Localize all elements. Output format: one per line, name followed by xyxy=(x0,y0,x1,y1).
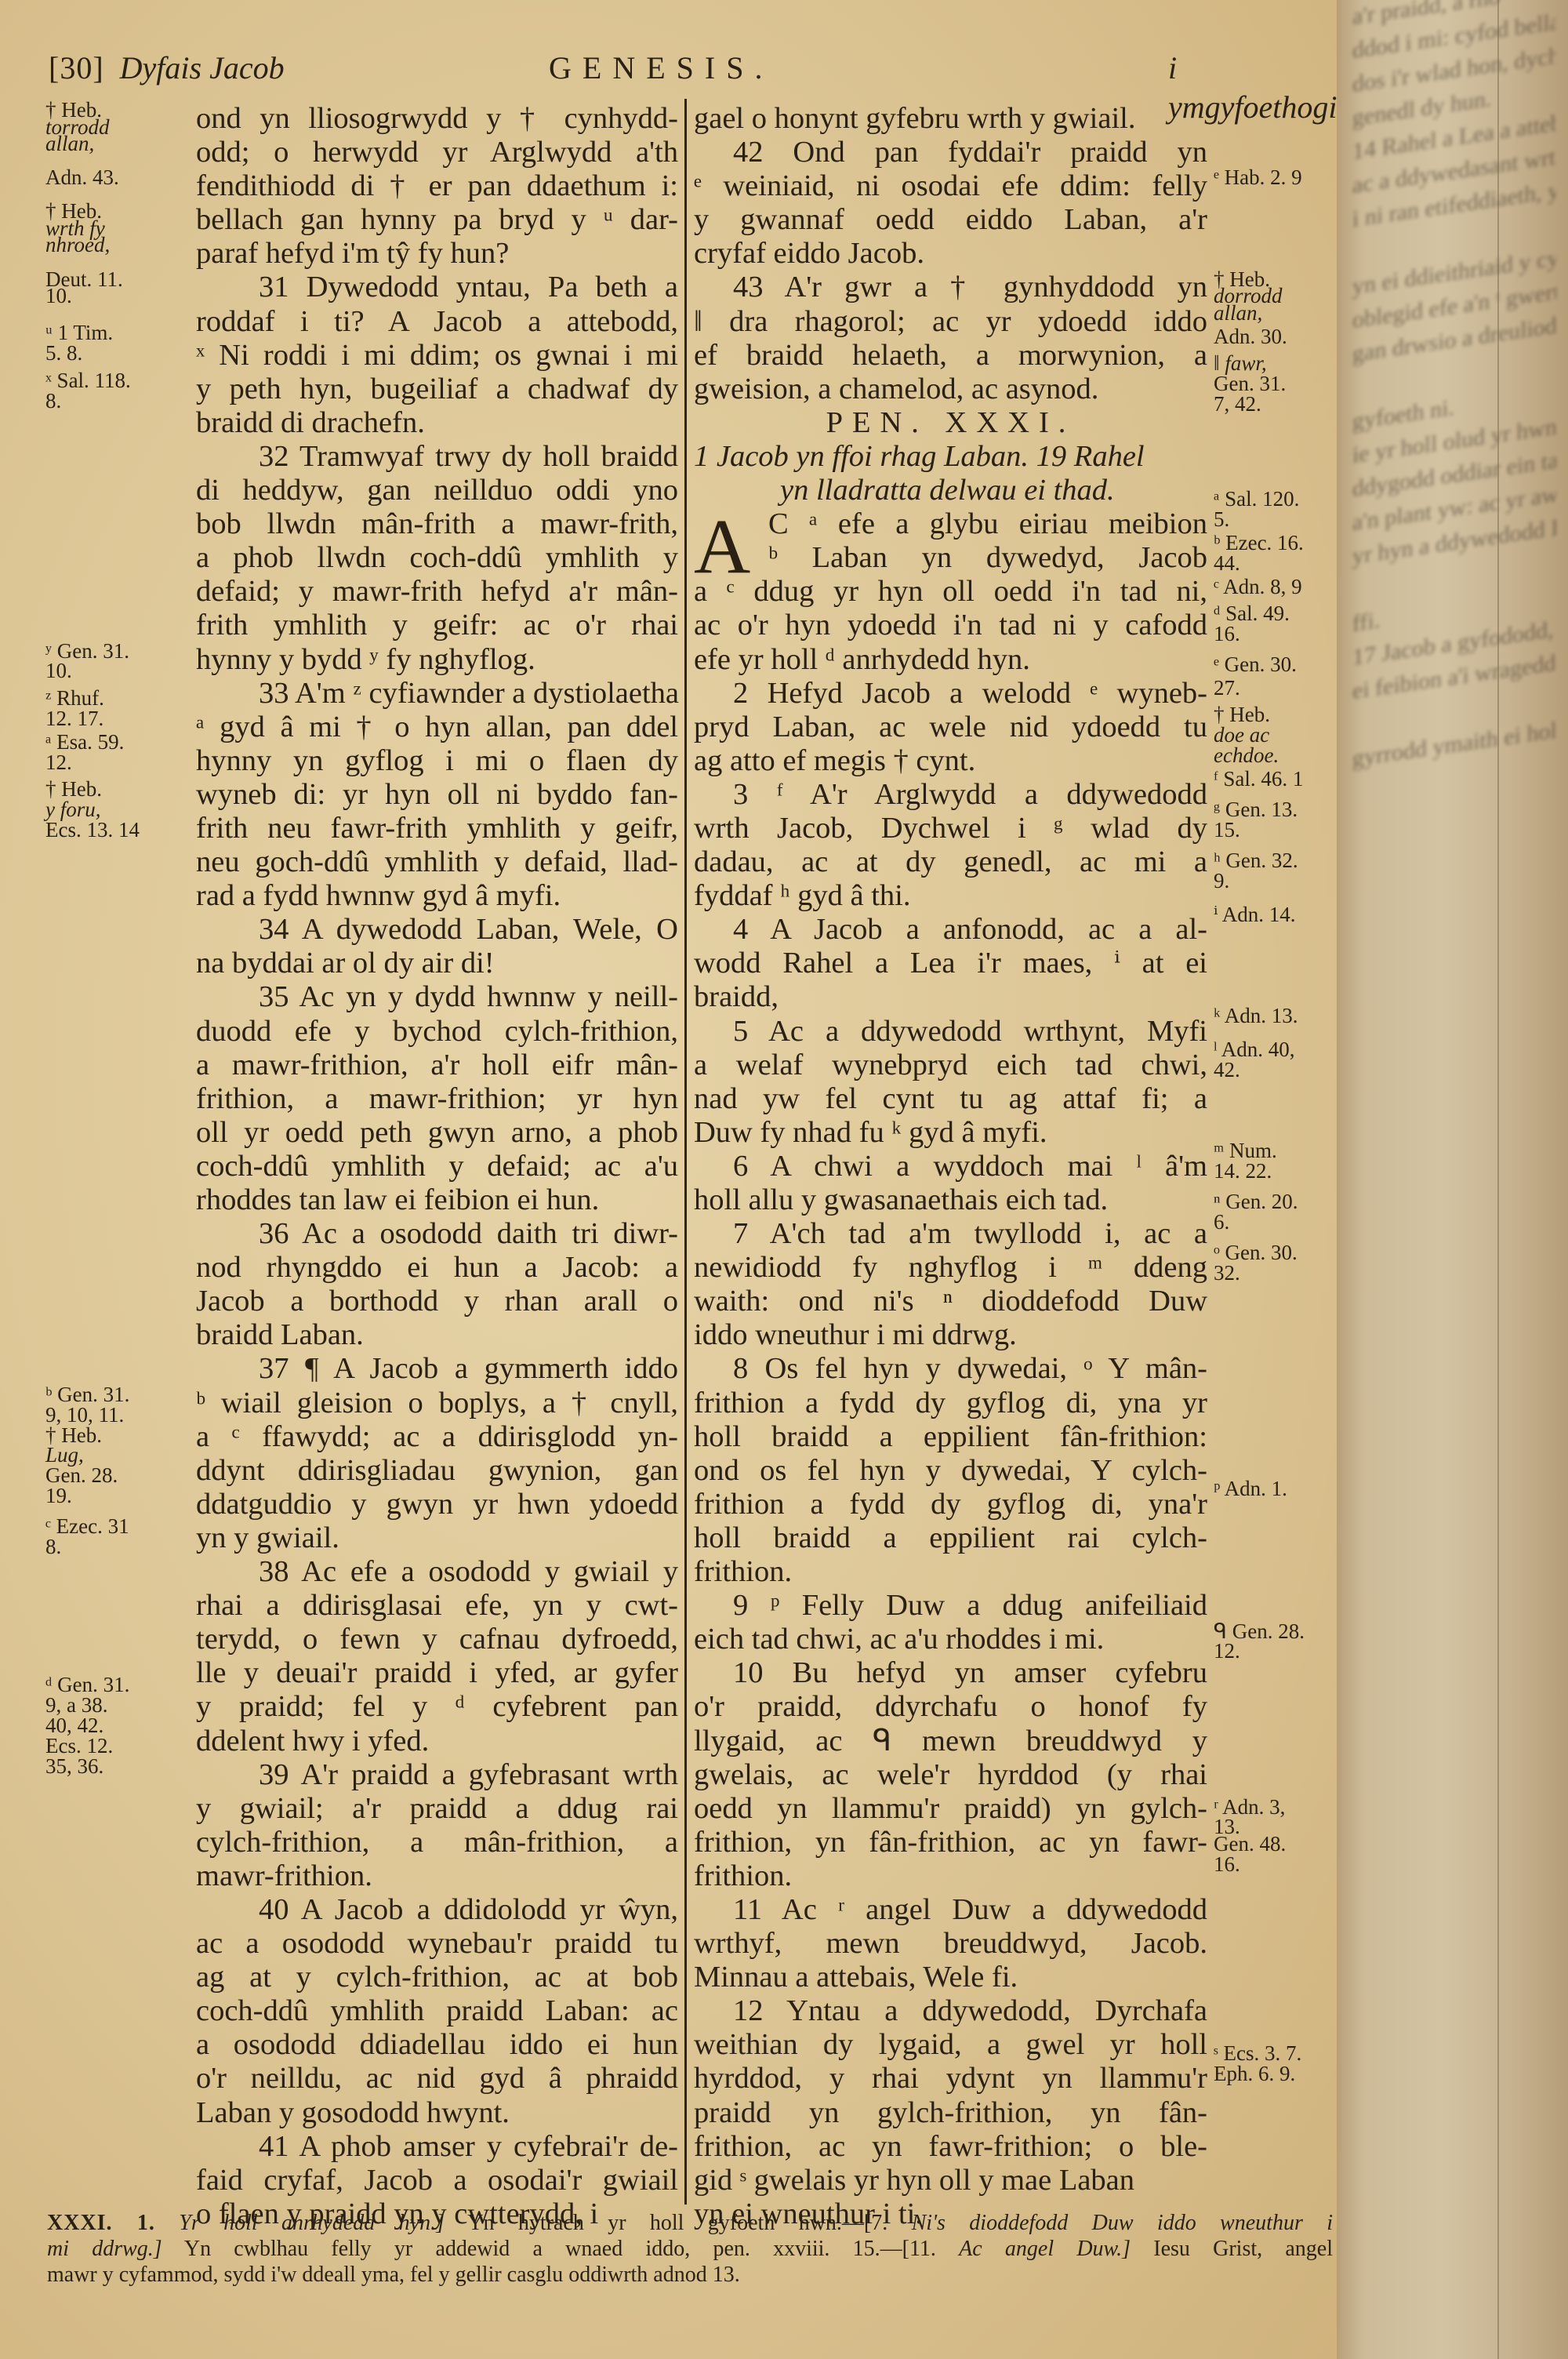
text-line: Duw fy nhad fu ᵏ gyd â myfi. xyxy=(694,1116,1207,1150)
text-line: 43 A'r gwr a † gynhyddodd yn xyxy=(694,271,1207,304)
margin-note: † Heb. xyxy=(45,781,102,798)
margin-note: ᵃ Sal. 120. xyxy=(1214,491,1299,508)
text-line: na byddai ar ol dy air di! xyxy=(196,947,678,980)
text-line: 10 Bu hefyd yn amser cyfebru xyxy=(694,1656,1207,1690)
text-line: fendithiodd di † er pan ddaethum i: xyxy=(196,169,678,203)
text-line: terydd, o fewn y cafnau dyfroedd, xyxy=(196,1623,678,1656)
margin-note: ᶻ Rhuf. xyxy=(45,690,104,707)
chapter-summary-line: 1 Jacob yn ffoi rhag Laban. 19 Rahel xyxy=(694,440,1207,474)
margin-note: ᵉ Gen. 30. xyxy=(1214,656,1297,674)
text-line: frith ymhlith y geifr: ac o'r rhai xyxy=(196,609,678,642)
text-line: ac o'r hyn ydoedd i'n tad ni y cafodd xyxy=(694,609,1207,642)
next-page-column-rule xyxy=(1497,0,1499,2359)
text-line: holl braidd a eppilient rai cylch- xyxy=(694,1521,1207,1555)
text-line: C ᵃ efe a glybu eiriau meibion xyxy=(694,507,1207,541)
footnote-line: mi ddrwg.] Yn cwblhau felly yr addewid a… xyxy=(47,2236,1333,2262)
margin-note: 6. xyxy=(1214,1214,1229,1231)
text-line: wodd Rahel a Lea i'r maes, ⁱ at ei xyxy=(694,947,1207,980)
text-line: llygaid, ac ᑫ mewn breuddwyd y xyxy=(694,1725,1207,1758)
margin-note: Adn. 30. xyxy=(1214,329,1287,346)
text-line: hynny y bydd ʸ fy nghyflog. xyxy=(196,643,678,677)
text-line: a ᶜ ffawydd; ac a ddirisglodd yn- xyxy=(196,1420,678,1454)
scanned-bible-page: [30] Dyfais Jacob GENESIS. i ymgyfoethog… xyxy=(0,0,1342,2359)
margin-note: Eph. 6. 9. xyxy=(1214,2066,1295,2083)
text-line: gael o honynt gyfebru wrth y gwiail. xyxy=(694,102,1207,136)
text-line: y gwannaf oedd eiddo Laban, a'r xyxy=(694,203,1207,237)
text-line: 2 Hefyd Jacob a welodd ᵉ wyneb- xyxy=(694,677,1207,711)
text-line: coch-ddû ymhlith y defaid; ac a'u xyxy=(196,1150,678,1183)
text-line: pryd Laban, ac wele nid ydoedd tu xyxy=(694,711,1207,744)
margin-note: 10. xyxy=(45,663,72,680)
margin-note: ᵒ Gen. 30. xyxy=(1214,1245,1298,1262)
text-line: ‖ dra rhagorol; ac yr ydoedd iddo xyxy=(694,305,1207,339)
margin-note: ᵍ Gen. 13. xyxy=(1214,801,1298,819)
margin-note: 8. xyxy=(45,393,61,410)
text-line: y gwiail; a'r praidd a ddug rai xyxy=(196,1792,678,1826)
text-line: a mawr-frithion, a'r holl eifr mân- xyxy=(196,1049,678,1082)
text-line: gid ˢ gwelais yr hyn oll y mae Laban xyxy=(694,2164,1207,2197)
text-line: wyneb di: yr hyn oll ni byddo fan- xyxy=(196,778,678,812)
margin-note: Lug, xyxy=(45,1447,84,1464)
text-line: 3 ᶠ A'r Arglwydd a ddywedodd xyxy=(694,778,1207,812)
text-line: ddatguddio y gwyn yr hwn ydoedd xyxy=(196,1488,678,1521)
footnote-line: XXXI. 1. Yr holl anrhydedd hyn.] Yn hytr… xyxy=(47,2210,1333,2236)
right-text-column: gael o honynt gyfebru wrth y gwiail.42 O… xyxy=(694,102,1207,2231)
text-line: 5 Ac a ddywedodd wrthynt, Myfi xyxy=(694,1015,1207,1049)
margin-note: ᑫ Gen. 28. xyxy=(1214,1623,1305,1641)
chapter-summary: 1 Jacob yn ffoi rhag Laban. 19 Rahelyn l… xyxy=(694,440,1207,507)
footnote-line: mawr y cyfammod, sydd i'w ddeall yma, fe… xyxy=(47,2262,1333,2288)
margin-note: 7, 42. xyxy=(1214,396,1261,413)
text-line: ef braidd helaeth, a morwynion, a xyxy=(694,339,1207,373)
text-line: bob llwdn mân-frith a mawr-frith, xyxy=(196,507,678,541)
margin-note: nhroed, xyxy=(45,237,110,254)
text-line: frithion a fydd dy gyflog di, yna'r xyxy=(694,1488,1207,1521)
footnote-italic: Yr holl anrhydedd hyn.] xyxy=(155,2211,445,2235)
text-line: duodd efe y bychod cylch-frithion, xyxy=(196,1015,678,1049)
column-rule xyxy=(684,99,687,2205)
text-line: defaid; y mawr-frith hefyd a'r mân- xyxy=(196,575,678,609)
margin-note: 12. xyxy=(1214,1643,1240,1660)
text-line: a osododd ddiadellau iddo ei hun xyxy=(196,2028,678,2062)
book-title: GENESIS. xyxy=(549,49,773,88)
margin-note: ᵈ Gen. 31. xyxy=(45,1677,129,1694)
margin-note: Gen. 48. xyxy=(1214,1836,1286,1853)
text-line: waith: ond ni's ⁿ dioddefodd Duw xyxy=(694,1285,1207,1318)
text-line: 12 Yntau a ddywedodd, Dyrchafa xyxy=(694,1994,1207,2028)
margin-note: 14. 22. xyxy=(1214,1163,1272,1180)
text-line: Minnau a attebais, Wele fi. xyxy=(694,1961,1207,1994)
text-line: 33 A'm ᶻ cyfiawnder a dystiolaetha xyxy=(196,677,678,711)
margin-note: 44. xyxy=(1214,555,1240,572)
text-line: newidiodd fy nghyflog i ᵐ ddeng xyxy=(694,1251,1207,1285)
text-line: 40 A Jacob a ddidolodd yr ŵyn, xyxy=(196,1893,678,1927)
footnote: XXXI. 1. Yr holl anrhydedd hyn.] Yn hytr… xyxy=(47,2210,1333,2288)
text-line: oll yr oedd peth gwyn arno, a phob xyxy=(196,1116,678,1150)
text-line: faid cryfaf, Jacob a osodai'r gwiail xyxy=(196,2164,678,2197)
text-line: frithion a fydd dy gyflog di, yna yr xyxy=(694,1387,1207,1420)
margin-note: Ecs. 13. 14 xyxy=(45,822,140,839)
text-line: wrth Jacob, Dychwel i ᵍ wlad dy xyxy=(694,812,1207,845)
text-line: bellach gan hynny pa bryd y ᵘ dar- xyxy=(196,203,678,237)
margin-note: 16. xyxy=(1214,1856,1240,1874)
text-line: ag at y cylch-frithion, ac at bob xyxy=(196,1961,678,1994)
next-page-edge: a'r praidd, a rhoddod i mi: cyfod bellac… xyxy=(1337,0,1568,2359)
text-line: a ᶜ ddug yr hyn oll oedd i'n tad ni, xyxy=(694,575,1207,609)
margin-note: ᵈ Sal. 49. xyxy=(1214,605,1290,623)
margin-note: 42. xyxy=(1214,1062,1240,1079)
text-line: a welaf wynebpryd eich tad chwi, xyxy=(694,1049,1207,1082)
text-line: rhoddes tan law ei feibion ei hun. xyxy=(196,1183,678,1217)
margin-note: 5. 8. xyxy=(45,345,82,362)
text-line: rad a fydd hwnnw gyd â myfi. xyxy=(196,879,678,913)
footnote-text: Yn hytrach yr holl gyfoeth hwn.—[7. xyxy=(445,2211,912,2235)
text-line: efe yr holl ᵈ anrhydedd hyn. xyxy=(694,643,1207,677)
margin-note: ᶜ Ezec. 31 xyxy=(45,1518,129,1536)
margin-note: 8. xyxy=(45,1539,61,1556)
text-line: odd; o herwydd yr Arglwydd a'th xyxy=(196,136,678,169)
text-line: 31 Dywedodd yntau, Pa beth a xyxy=(196,271,678,304)
text-line: o'r praidd, ddyrchafu o honof fy xyxy=(694,1690,1207,1724)
margin-note: allan, xyxy=(1214,305,1262,322)
margin-note: 27. xyxy=(1214,680,1240,697)
margin-note: ᶠ Sal. 46. 1 xyxy=(1214,771,1303,788)
margin-note: Ecs. 12. xyxy=(45,1738,113,1755)
text-line: 34 A dywedodd Laban, Wele, O xyxy=(196,913,678,947)
margin-note: ʸ Gen. 31. xyxy=(45,643,129,660)
text-line: hyrddod, y rhai ydynt yn llammu'r xyxy=(694,2062,1207,2095)
footnote-text: mawr y cyfammod, sydd i'w ddeall yma, fe… xyxy=(47,2263,740,2287)
text-line: di heddyw, gan neillduo oddi yno xyxy=(196,474,678,507)
margin-note: ˡ Adn. 40, xyxy=(1214,1041,1295,1059)
text-line: cylch-frithion, a mân-frithion, a xyxy=(196,1826,678,1859)
margin-note: Gen. 28. xyxy=(45,1467,118,1485)
text-line: 9 ᵖ Felly Duw a ddug anifeiliaid xyxy=(694,1589,1207,1623)
text-line: holl braidd a eppilient fân-frithion: xyxy=(694,1420,1207,1454)
text-line: roddaf i ti? A Jacob a attebodd, xyxy=(196,305,678,339)
margin-note: ᵖ Adn. 1. xyxy=(1214,1481,1287,1498)
text-line: ᵉ weiniaid, ni osodai efe ddim: felly xyxy=(694,169,1207,203)
margin-note: 16. xyxy=(1214,626,1240,643)
text-line: ddelent hwy i yfed. xyxy=(196,1725,678,1758)
margin-note: † Heb. xyxy=(45,1427,102,1445)
text-line: 4 A Jacob a anfonodd, ac a al- xyxy=(694,913,1207,947)
margin-note: ᵇ Ezec. 16. xyxy=(1214,535,1304,552)
text-line: braidd Laban. xyxy=(196,1318,678,1352)
text-line: ᵇ wiail gleision o boplys, a † cnyll, xyxy=(196,1387,678,1420)
margin-note: 35, 36. xyxy=(45,1758,103,1776)
text-line: ond yn lliosogrwydd y † cynhydd- xyxy=(196,102,678,136)
margin-note: ˣ Sal. 118. xyxy=(45,373,131,390)
text-line: 36 Ac a osododd daith tri diwr- xyxy=(196,1217,678,1251)
text-line: yn y gwiail. xyxy=(196,1521,678,1555)
text-line: Laban y gosododd hwynt. xyxy=(196,2096,678,2130)
margin-note: 12. xyxy=(45,754,72,772)
margin-note: 15. xyxy=(1214,822,1240,839)
margin-note: ᵇ Gen. 31. xyxy=(45,1387,129,1404)
running-head-left: [30] Dyfais Jacob xyxy=(49,49,285,88)
margin-note: ˢ Ecs. 3. 7. xyxy=(1214,2045,1301,2063)
text-line: y peth hyn, bugeiliaf a chadwaf dy xyxy=(196,373,678,406)
text-line: Jacob a borthodd y rhan arall o xyxy=(196,1285,678,1318)
text-line: ond os fel hyn y dywedai, Y cylch- xyxy=(694,1454,1207,1488)
text-line: hynny yn gyflog i mi o flaen dy xyxy=(196,744,678,778)
text-line: mawr-frithion. xyxy=(196,1859,678,1893)
footnote-italic2: Ac angel Duw.] xyxy=(959,2237,1131,2261)
text-line: gwelais, ac wele'r hyrddod (y rhai xyxy=(694,1758,1207,1792)
margin-note: ᵐ Num. xyxy=(1214,1143,1277,1160)
text-line: 39 A'r praidd a gyfebrasant wrth xyxy=(196,1758,678,1792)
text-line: oedd yn llammu'r praidd) yn gylch- xyxy=(694,1792,1207,1826)
text-line: frithion, a mawr-frithion; yr hyn xyxy=(196,1082,678,1116)
text-line: rhai a ddirisglasai efe, yn y cwt- xyxy=(196,1589,678,1623)
text-line: 8 Os fel hyn y dywedai, ᵒ Y mân- xyxy=(694,1352,1207,1386)
footnote-italic: mi ddrwg.] xyxy=(47,2237,162,2261)
text-line: 38 Ac efe a osododd y gwiail y xyxy=(196,1555,678,1589)
margin-note: 9, 10, 11. xyxy=(45,1407,124,1424)
margin-note: doe ac xyxy=(1214,727,1269,744)
text-line: 32 Tramwyaf trwy dy holl braidd xyxy=(196,440,678,474)
margin-note: ᵏ Adn. 13. xyxy=(1214,1008,1298,1025)
text-line: frithion. xyxy=(694,1859,1207,1893)
margin-note: 9, a 38. xyxy=(45,1697,107,1714)
margin-note: 9. xyxy=(1214,873,1229,890)
text-line: nod rhyngddo ei hun a Jacob: a xyxy=(196,1251,678,1285)
text-line: y praidd; fel y ᵈ cyfebrent pan xyxy=(196,1690,678,1724)
margin-note: y foru, xyxy=(45,801,101,819)
text-line: weithian dy lygaid, a gwel yr holl xyxy=(694,2028,1207,2062)
text-line: 42 Ond pan fyddai'r praidd yn xyxy=(694,136,1207,169)
text-line: 11 Ac ʳ angel Duw a ddywedodd xyxy=(694,1893,1207,1927)
footnote-italic2: Ni's dioddefodd Duw iddo wneuthur i xyxy=(912,2211,1333,2235)
margin-note: † Heb. xyxy=(1214,707,1270,724)
margin-note: ᵃ Esa. 59. xyxy=(45,734,124,751)
margin-note: ⁱ Adn. 14. xyxy=(1214,907,1295,924)
margin-note: 12. 17. xyxy=(45,711,103,728)
text-line: 35 Ac yn y dydd hwnnw y neill- xyxy=(196,980,678,1014)
text-line: 37 ¶ A Jacob a gymmerth iddo xyxy=(196,1352,678,1386)
margin-note: ᶜ Adn. 8, 9 xyxy=(1214,579,1302,596)
text-line: holl allu y gwasanaethais eich tad. xyxy=(694,1183,1207,1217)
margin-note: echdoe. xyxy=(1214,747,1279,765)
next-page-blurred-text: a'r praidd, a rhoddod i mi: cyfod bellac… xyxy=(1352,0,1556,2359)
chapter-heading: PEN. XXXI. xyxy=(694,406,1207,440)
text-line: wrthyf, mewn breuddwyd, Jacob. xyxy=(694,1927,1207,1961)
margin-note: 10. xyxy=(45,288,72,305)
drop-cap: A xyxy=(694,507,750,586)
text-line: a phob llwdn coch-ddû ymhlith y xyxy=(196,541,678,575)
margin-note: 5. xyxy=(1214,511,1229,529)
text-line: paraf hefyd i'm tŷ fy hun? xyxy=(196,237,678,271)
margin-note: ⁿ Gen. 20. xyxy=(1214,1194,1298,1211)
footnote-text2: Iesu Grist, angel xyxy=(1131,2237,1333,2261)
margin-note: ʳ Adn. 3, xyxy=(1214,1799,1285,1816)
text-line: cryfaf eiddo Jacob. xyxy=(694,237,1207,271)
running-head-right: i ymgyfoethogi. xyxy=(1168,49,1345,88)
left-text-column: ond yn lliosogrwydd y † cynhydd-odd; o h… xyxy=(196,102,678,2231)
text-line: coch-ddû ymhlith praidd Laban: ac xyxy=(196,1994,678,2028)
text-line: frithion, ac yn fawr-frithion; o ble- xyxy=(694,2130,1207,2164)
margin-note: ʰ Gen. 32. xyxy=(1214,852,1298,870)
margin-note: Gen. 31. xyxy=(1214,376,1286,393)
text-line: frithion. xyxy=(694,1555,1207,1589)
text-line: dadau, ac at dy genedl, ac mi a xyxy=(694,845,1207,879)
text-line: ᵇ Laban yn dywedyd, Jacob xyxy=(694,541,1207,575)
text-line: ᵃ gyd â mi † o hyn allan, pan ddel xyxy=(196,711,678,744)
text-line: frith neu fawr-frith ymhlith y geifr, xyxy=(196,812,678,845)
text-line: iddo wneuthur i mi ddrwg. xyxy=(694,1318,1207,1352)
margin-note: Adn. 43. xyxy=(45,169,119,187)
margin-note: ᵘ 1 Tim. xyxy=(45,325,113,342)
margin-note: 32. xyxy=(1214,1265,1240,1282)
text-line: ˣ Ni roddi i mi ddim; os gwnai i mi xyxy=(196,339,678,373)
margin-note: 40, 42. xyxy=(45,1717,103,1735)
footnote-text: Yn cwblhau felly yr addewid a wnaed iddo… xyxy=(162,2237,959,2261)
text-line: nad yw fel cynt tu ag attaf fi; a xyxy=(694,1082,1207,1116)
text-line: praidd yn gylch-frithion, yn fân- xyxy=(694,2096,1207,2130)
section-title: Dyfais Jacob xyxy=(120,50,285,85)
margin-note: ᵉ Hab. 2. 9 xyxy=(1214,169,1302,187)
chapter-30-end: gael o honynt gyfebru wrth y gwiail.42 O… xyxy=(694,102,1207,406)
text-line: ddynt ddirisgliadau gwynion, gan xyxy=(196,1454,678,1488)
page-number: [30] xyxy=(49,50,104,85)
text-line: eich tad chwi, ac a'u rhoddes i mi. xyxy=(694,1623,1207,1656)
text-line: lle y deuai'r praidd i yfed, ar gyfer xyxy=(196,1656,678,1690)
chapter-31-text: A C ᵃ efe a glybu eiriau meibionᵇ Laban … xyxy=(694,507,1207,2231)
margin-note: ‖ fawr, xyxy=(1214,355,1267,373)
footnote-lead: XXXI. 1. xyxy=(47,2211,155,2235)
chapter-summary-line: yn lladratta delwau ei thad. xyxy=(694,474,1207,507)
text-line: o'r neilldu, ac nid gyd â phraidd xyxy=(196,2062,678,2095)
text-line: frithion, yn fân-frithion, ac yn fawr- xyxy=(694,1826,1207,1859)
margin-note: 19. xyxy=(45,1488,72,1505)
text-line: ac a osododd wynebau'r praidd tu xyxy=(196,1927,678,1961)
text-line: 41 A phob amser y cyfebrai'r de- xyxy=(196,2130,678,2164)
text-line: gweision, a chamelod, ac asynod. xyxy=(694,373,1207,406)
text-line: braidd, xyxy=(694,980,1207,1014)
margin-note: allan, xyxy=(45,136,94,153)
text-line: neu goch-ddû ymhlith y defaid, llad- xyxy=(196,845,678,879)
text-line: braidd di drachefn. xyxy=(196,406,678,440)
text-line: fyddaf ʰ gyd â thi. xyxy=(694,879,1207,913)
text-line: 7 A'ch tad a'm twyllodd i, ac a xyxy=(694,1217,1207,1251)
text-line: 6 A chwi a wyddoch mai ˡ â'm xyxy=(694,1150,1207,1183)
text-line: ag atto ef megis † cynt. xyxy=(694,744,1207,778)
